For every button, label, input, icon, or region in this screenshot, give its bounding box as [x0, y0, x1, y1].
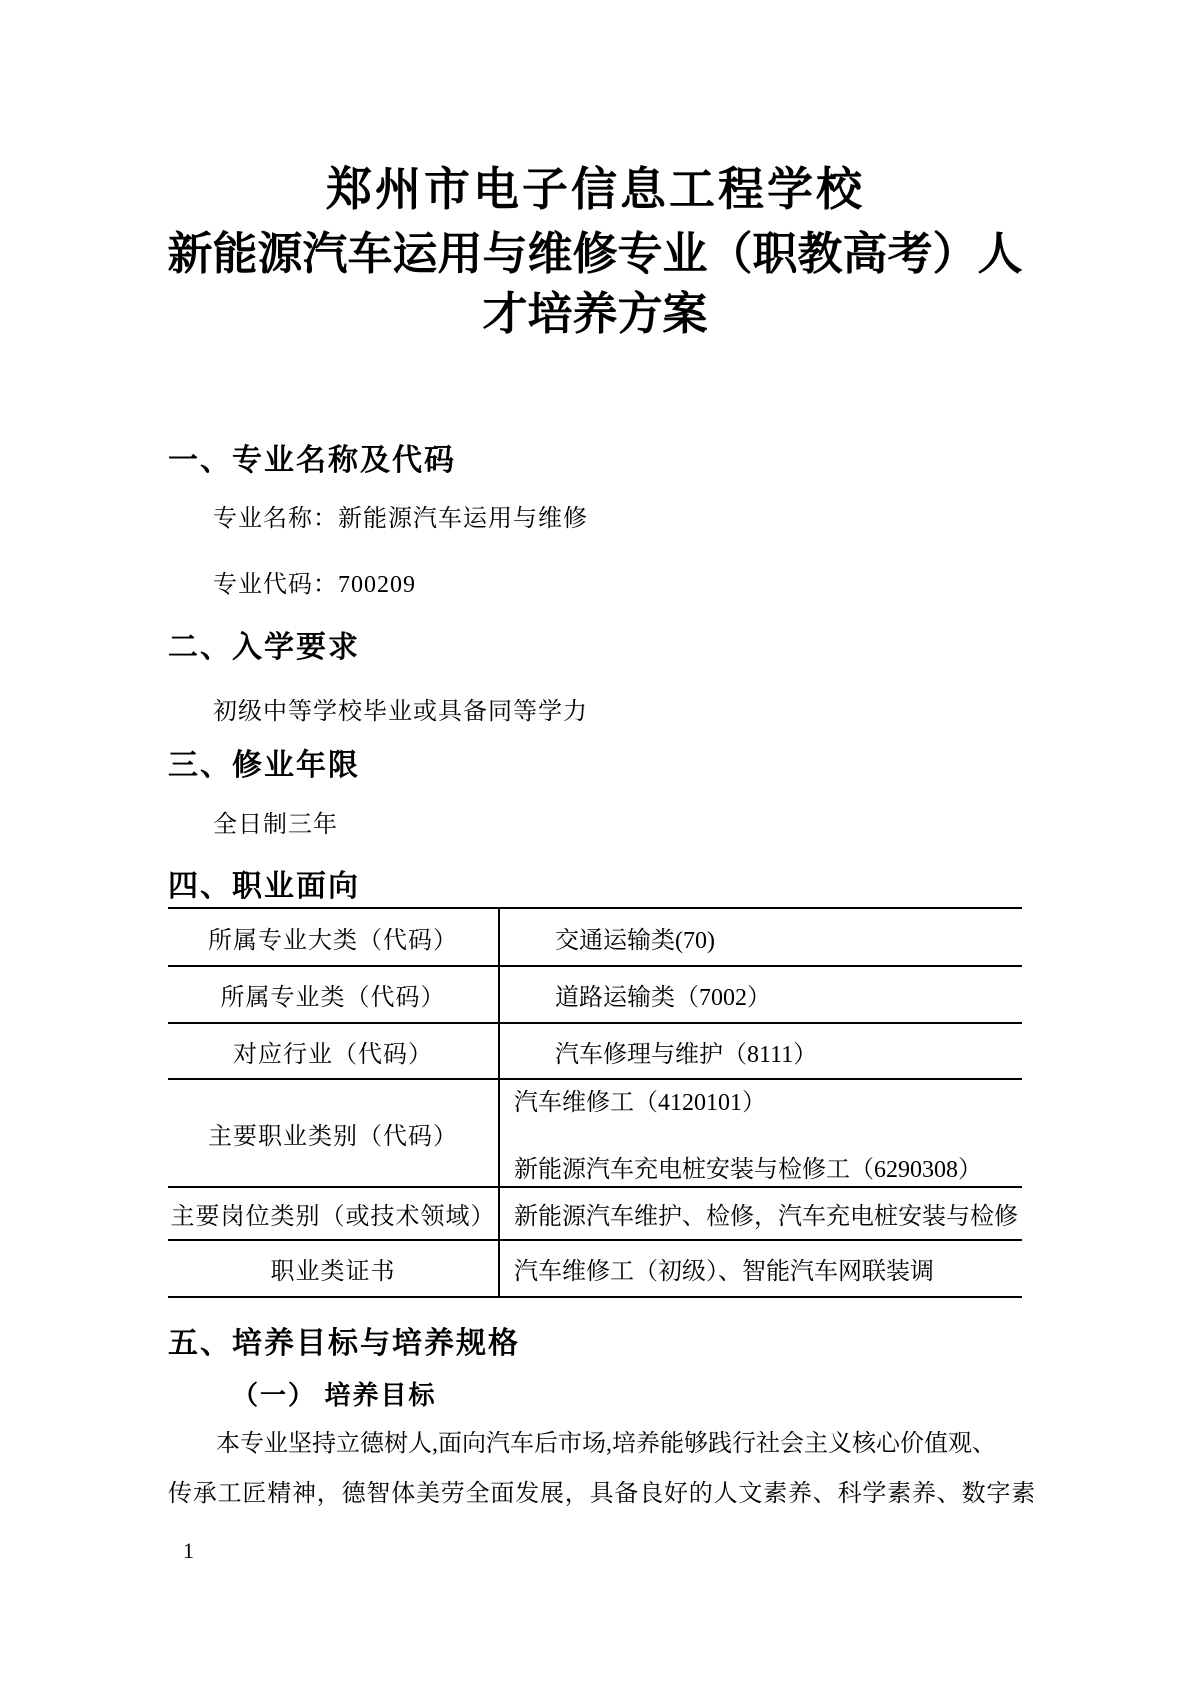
document-title-program: 新能源汽车运用与维修专业（职教高考）人才培养方案 — [166, 224, 1024, 344]
training-objective-paragraph-line-1: 本专业坚持立德树人,面向汽车后市场,培养能够践行社会主义核心价值观、 — [168, 1423, 1028, 1458]
table-row: 对应行业（代码） 汽车修理与维护（8111） — [168, 1024, 1022, 1080]
admission-requirement-line: 初级中等学校毕业或具备同等学力 — [213, 691, 588, 726]
table-row-value: 汽车维修工（4120101） 新能源汽车充电桩安装与检修工（6290308） — [500, 1080, 1022, 1186]
table-row-value: 汽车维修工（初级）、智能汽车网联装调 — [500, 1241, 1022, 1296]
table-row-value: 道路运输类（7002） — [500, 967, 1022, 1022]
table-value-line: 汽车维修工（初级）、智能汽车网联装调 — [514, 1251, 1022, 1286]
table-value-line: 新能源汽车充电桩安装与检修工（6290308） — [514, 1149, 1022, 1184]
table-value-line: 汽车修理与维护（8111） — [555, 1034, 1022, 1069]
study-duration-line: 全日制三年 — [213, 804, 338, 839]
training-objective-paragraph-line-2: 传承工匠精神，德智体美劳全面发展，具备良好的人文素养、科学素养、数字素 — [168, 1473, 1028, 1508]
sub-heading-training-objective: （一） 培养目标 — [232, 1375, 437, 1412]
career-orientation-table: 所属专业大类（代码） 交通运输类(70) 所属专业类（代码） 道路运输类（700… — [168, 907, 1022, 1298]
table-row: 职业类证书 汽车维修工（初级）、智能汽车网联装调 — [168, 1241, 1022, 1298]
table-row-label: 所属专业类（代码） — [168, 967, 500, 1022]
section-heading-3: 三、修业年限 — [168, 740, 360, 784]
section-heading-4: 四、职业面向 — [168, 861, 360, 905]
table-row-label: 所属专业大类（代码） — [168, 909, 500, 965]
table-row-label: 对应行业（代码） — [168, 1024, 500, 1078]
table-row-label: 主要岗位类别（或技术领域） — [168, 1188, 500, 1239]
table-row: 所属专业类（代码） 道路运输类（7002） — [168, 967, 1022, 1024]
table-row-value: 汽车修理与维护（8111） — [500, 1024, 1022, 1078]
table-row: 所属专业大类（代码） 交通运输类(70) — [168, 909, 1022, 967]
table-row: 主要职业类别（代码） 汽车维修工（4120101） 新能源汽车充电桩安装与检修工… — [168, 1080, 1022, 1188]
document-page: 郑州市电子信息工程学校 新能源汽车运用与维修专业（职教高考）人才培养方案 一、专… — [0, 0, 1191, 1684]
page-number: 1 — [183, 1538, 194, 1564]
major-code-line: 专业代码：700209 — [213, 564, 416, 599]
section-heading-5: 五、培养目标与培养规格 — [168, 1318, 520, 1362]
document-title-school: 郑州市电子信息工程学校 — [0, 153, 1191, 219]
table-row-label: 主要职业类别（代码） — [168, 1080, 500, 1186]
table-value-line: 新能源汽车维护、检修，汽车充电桩安装与检修 — [514, 1196, 1022, 1231]
table-value-line: 道路运输类（7002） — [555, 977, 1022, 1012]
table-row: 主要岗位类别（或技术领域） 新能源汽车维护、检修，汽车充电桩安装与检修 — [168, 1188, 1022, 1241]
table-value-line: 汽车维修工（4120101） — [514, 1082, 1022, 1117]
table-row-label: 职业类证书 — [168, 1241, 500, 1296]
table-row-value: 新能源汽车维护、检修，汽车充电桩安装与检修 — [500, 1188, 1022, 1239]
table-value-line: 交通运输类(70) — [555, 920, 1022, 955]
section-heading-2: 二、入学要求 — [168, 622, 360, 666]
table-row-value: 交通运输类(70) — [500, 909, 1022, 965]
section-heading-1: 一、专业名称及代码 — [168, 435, 456, 479]
major-name-line: 专业名称：新能源汽车运用与维修 — [213, 498, 588, 533]
